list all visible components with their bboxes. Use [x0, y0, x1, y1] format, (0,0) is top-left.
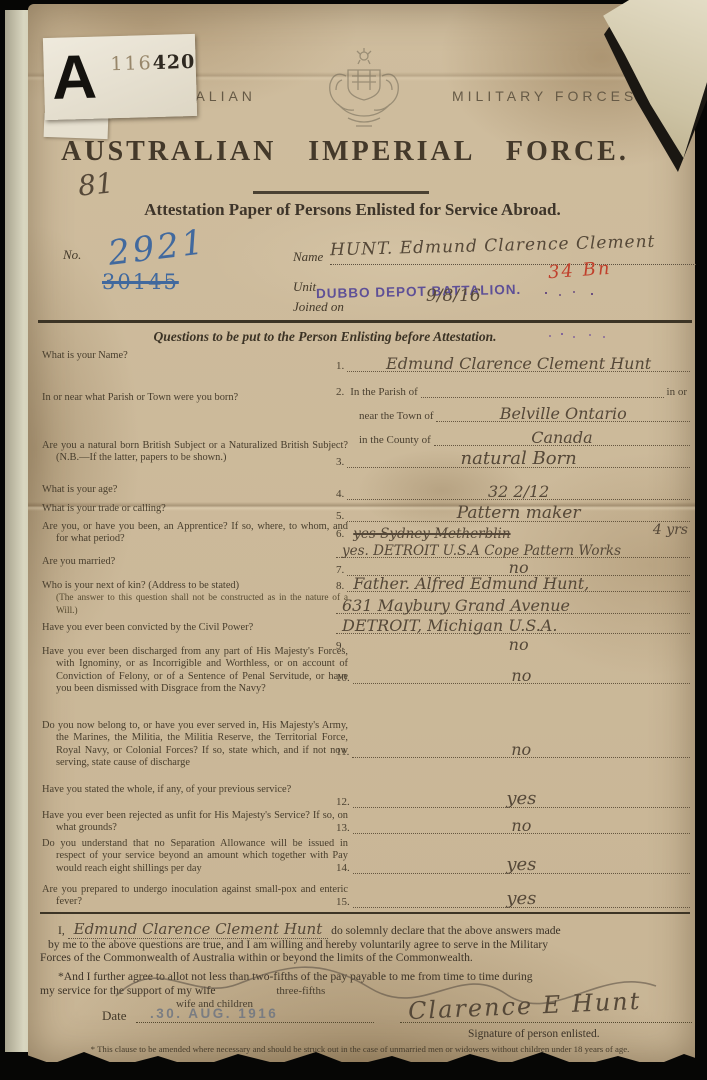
answer-14-number: 14. [336, 862, 350, 874]
answer-14-row: 14. yes [336, 852, 690, 874]
answer-12-line: yes [353, 807, 690, 808]
question-8: Who is your next of kin? (Address to be … [42, 580, 348, 617]
answer-2-town-row: near the Town of Belville Ontario [356, 400, 690, 422]
answer-1-handwritten: Edmund Clarence Clement Hunt [347, 354, 690, 373]
answer-2-county-row: in the County of Canada [356, 424, 690, 446]
answer-2-parish-row: 2. In the Parish of in or [336, 376, 690, 398]
question-6: Are you, or have you been, an Apprentice… [42, 521, 348, 546]
parish-of-label: In the Parish of [350, 386, 418, 398]
answer-14-handwritten: yes [353, 854, 690, 875]
answer-12-number: 12. [336, 796, 350, 808]
document-subtitle: Attestation Paper of Persons Enlisted fo… [0, 200, 705, 220]
answer-15-handwritten: yes [353, 888, 690, 909]
answer-11-line: no [352, 757, 690, 758]
answer-3-handwritten: natural Born [347, 448, 690, 469]
question-12: Have you stated the whole, if any, of yo… [42, 784, 348, 796]
answer-4-row: 4. 32 2/12 [336, 478, 690, 500]
answer-9-handwritten: no [347, 635, 690, 654]
answer-11-handwritten: no [352, 740, 690, 759]
question-1: What is your Name? [42, 350, 348, 362]
question-8-note: (The answer to this question shall not b… [56, 593, 348, 615]
answer-8-number: 8. [336, 580, 344, 592]
answer-8-row1: 8. Father. Alfred Edmund Hunt, [336, 570, 690, 592]
joined-on-label: Joined on [293, 299, 344, 315]
unit-red-annotation: 34 Bn [547, 258, 612, 283]
answer-13-line: no [353, 833, 690, 834]
serial-number: 116420 [110, 51, 196, 75]
question-8-text: Who is your next of kin? (Address to be … [42, 580, 239, 591]
serial-handwritten: 420 [152, 51, 195, 74]
answer-14-line: yes [353, 873, 690, 874]
answer-11-row: 11. no [336, 736, 690, 758]
question-9: Have you ever been convicted by the Civi… [42, 622, 348, 634]
answer-10-row: 10. no [336, 662, 690, 684]
answer-10-line: no [353, 683, 690, 684]
question-2: In or near what Parish or Town were you … [42, 392, 348, 404]
county-of-label: in the County of [359, 434, 431, 446]
town-of-label: near the Town of [359, 410, 433, 422]
answer-12-handwritten: yes [353, 788, 690, 809]
answer-12-row: 12. yes [336, 786, 690, 808]
declaration-name-handwritten: Edmund Clarence Clement Hunt [68, 920, 329, 939]
answer-1-line: Edmund Clarence Clement Hunt [347, 371, 690, 372]
series-letter: A [51, 50, 97, 107]
question-10: Have you ever been discharged from any p… [42, 646, 348, 695]
serial-stamped: 116 [110, 52, 153, 75]
answer-1-row: 1. Edmund Clarence Clement Hunt [336, 350, 690, 372]
no-label: No. [63, 247, 81, 263]
question-7: Are you married? [42, 556, 348, 568]
unit-label: Unit [293, 279, 316, 295]
declaration-pre: I, [58, 924, 65, 937]
margin-number-handwritten: 81 [76, 166, 115, 203]
answer-15-line: yes [353, 907, 690, 908]
question-3: Are you a natural born British Subject o… [42, 440, 348, 465]
answer-13-number: 13. [336, 822, 350, 834]
signature-caption: Signature of person enlisted. [468, 1028, 600, 1040]
title-divider [253, 191, 429, 194]
archive-label-sticker: A 116420 [43, 34, 197, 120]
answer-1-number: 1. [336, 360, 344, 372]
joined-date-handwritten: 9/8/16 [426, 286, 481, 306]
answer-2-number: 2. [336, 386, 344, 398]
question-14: Do you understand that no Separation All… [42, 838, 348, 875]
question-13: Have you ever been rejected as unfit for… [42, 810, 348, 835]
declaration-line1: I, Edmund Clarence Clement Hunt do solem… [58, 920, 688, 938]
answer-11-number: 11. [336, 746, 349, 758]
answer-3-line: natural Born [347, 467, 690, 468]
answer-4-number: 4. [336, 488, 344, 500]
county-handwritten: Canada [434, 428, 690, 447]
answer-8-row2: 631 Maybury Grand Avenue [336, 592, 690, 614]
question-4: What is your age? [42, 484, 348, 496]
question-15: Are you prepared to undergo inoculation … [42, 884, 348, 909]
answer-8-handwritten1: Father. Alfred Edmund Hunt, [347, 574, 690, 593]
coat-of-arms-icon [318, 46, 410, 142]
torn-bottom-edge [0, 1042, 707, 1080]
answer-4-handwritten: 32 2/12 [347, 482, 690, 501]
declaration-body1: do solemnly declare that the above answe… [331, 924, 561, 937]
answer-13-handwritten: no [353, 816, 690, 835]
answer-3-row: 3. natural Born [336, 446, 690, 468]
answer-15-number: 15. [336, 896, 350, 908]
scanned-attestation-page: AUSTRALIAN MILITARY FORCES. AUSTRALIAN I… [0, 0, 707, 1080]
purple-scribble [546, 330, 626, 342]
answer-10-handwritten: no [353, 666, 690, 685]
service-number-crossed-out: 30145 [102, 270, 179, 294]
parish-blank-line [421, 397, 664, 398]
declaration-rule [40, 912, 690, 914]
ink-smudge [540, 288, 610, 298]
org-right-text: MILITARY FORCES. [452, 88, 645, 104]
name-label: Name [293, 249, 323, 265]
answer-15-row: 15. yes [336, 886, 690, 908]
town-line: Belville Ontario [436, 421, 690, 422]
answer-13-row: 13. no [336, 812, 690, 834]
in-or-label: in or [667, 386, 687, 398]
document-title: AUSTRALIAN IMPERIAL FORCE. [0, 136, 690, 168]
answer-3-number: 3. [336, 456, 344, 468]
date-stamp: .30. AUG. 1916 [150, 1006, 278, 1021]
town-handwritten: Belville Ontario [436, 404, 690, 423]
question-11: Do you now belong to, or have you ever s… [42, 720, 348, 769]
section-rule [38, 320, 692, 323]
question-5: What is your trade or calling? [42, 503, 348, 515]
answer-10-number: 10. [336, 672, 350, 684]
answer-9-row: 9. no [336, 630, 690, 652]
date-label: Date [102, 1008, 127, 1024]
